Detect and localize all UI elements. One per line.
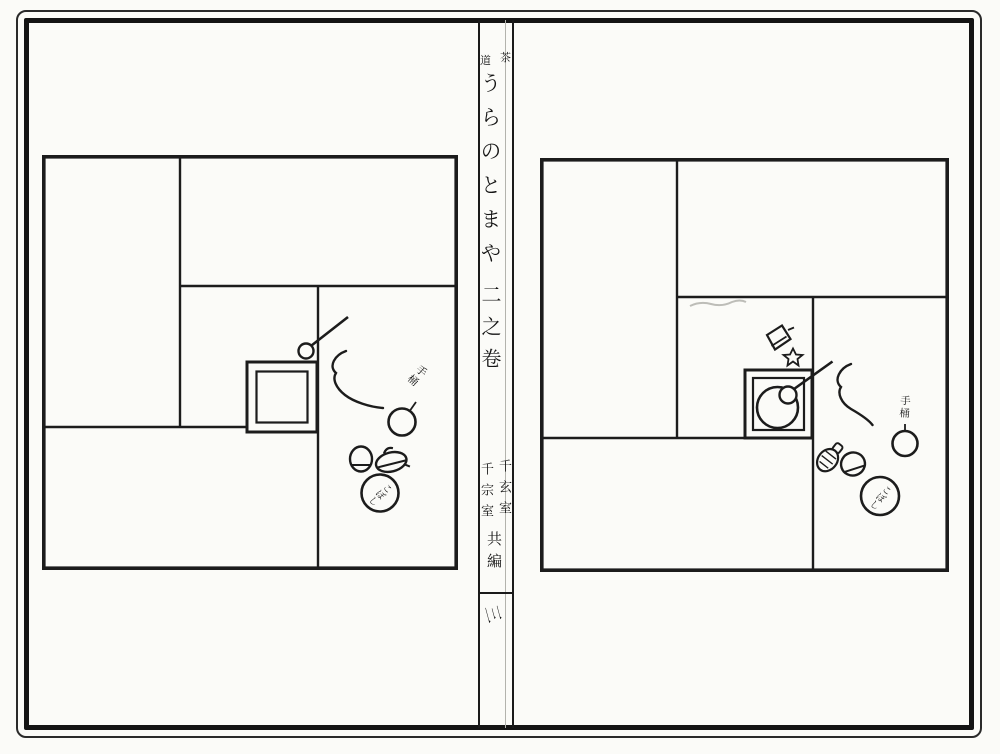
spine-editor-left: 千宗室 — [479, 462, 492, 525]
tea-bowl-body — [838, 449, 868, 478]
right-floor-plan: 手桶 こぼし — [540, 158, 949, 572]
spine-fold-line — [505, 20, 506, 728]
small-star-ornament — [784, 349, 803, 366]
small-cup-tick — [788, 328, 794, 331]
ladle-cup — [299, 344, 314, 359]
small-cup — [767, 326, 791, 350]
tea-caddy-tick — [405, 464, 410, 468]
spine-header-char-right: 茶 — [500, 49, 511, 65]
ladle-cup — [780, 387, 797, 404]
host-outline — [333, 351, 383, 408]
spine-volume: 二之卷 — [480, 284, 500, 380]
label-connector — [409, 402, 416, 412]
faint-smudge — [690, 301, 746, 307]
spine-editor-right: 千玄室 — [497, 459, 510, 522]
spine-title: うらのとまや — [479, 72, 500, 276]
spine-rule-right — [512, 20, 514, 728]
tea-caddy — [373, 444, 410, 475]
water-pail-circle — [893, 431, 918, 456]
left-floor-plan-drawing — [42, 155, 458, 570]
spine-divider — [478, 592, 514, 594]
host-outline — [838, 364, 873, 425]
left-floor-plan: 手桶 こぼし — [42, 155, 458, 570]
water-pail-circle — [389, 409, 416, 436]
book-page: 道 茶 うらのとまや 二之卷 千玄室 千宗室 共編 三 — [0, 0, 1000, 754]
water-pail-label: 手桶 — [898, 395, 910, 421]
right-floor-plan-drawing — [540, 158, 949, 572]
spine-header-char-left: 道 — [480, 52, 491, 68]
tea-bowl — [838, 449, 868, 478]
spine-editors-suffix: 共編 — [486, 531, 501, 575]
tea-bowl — [350, 447, 372, 472]
